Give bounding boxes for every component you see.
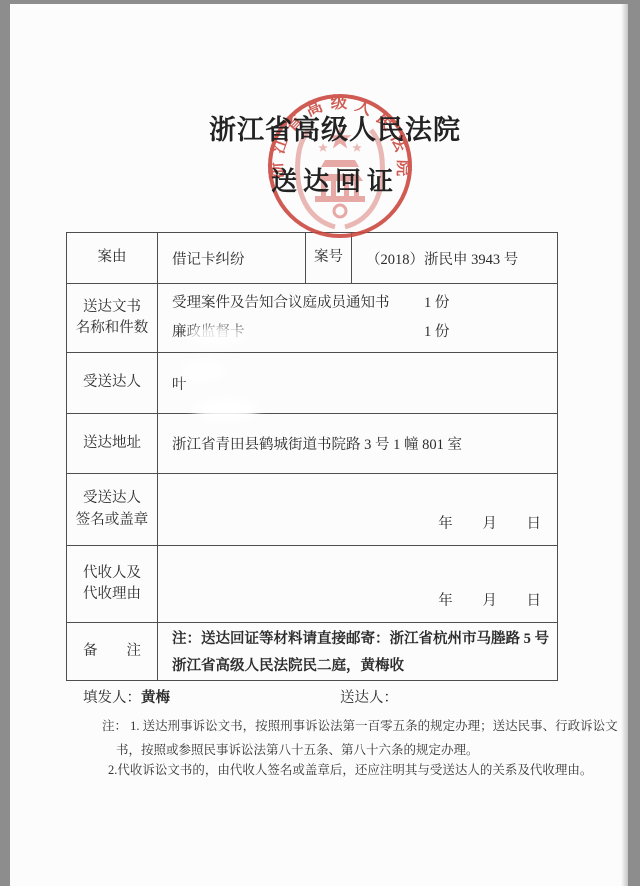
agent-label: 代收人及 代收理由: [67, 546, 158, 623]
agent-label-line2: 代收理由: [67, 584, 157, 605]
issuer-name: 黄梅: [141, 690, 170, 706]
document-count: 1 份: [424, 289, 551, 318]
address-label: 送达地址: [67, 414, 158, 474]
address-value: 浙江省青田县鹤城街道书院路 3 号 1 幢 801 室: [158, 414, 558, 474]
agent-label-line1: 代收人及: [67, 563, 157, 584]
remarks-value: 注：送达回证等材料请直接邮寄：浙江省杭州市马塍路 5 号 浙江省高级人民法院民二…: [158, 623, 558, 681]
recipient-label: 受送达人: [67, 353, 158, 414]
court-name-title: 浙江省高级人民法院: [26, 108, 640, 147]
remarks-line1: 注：送达回证等材料请直接邮寄：浙江省杭州市马塍路 5 号: [172, 626, 551, 653]
case-number-label: 案号: [306, 233, 352, 284]
month-label: 月: [482, 516, 497, 532]
document-title: 送达回证: [26, 161, 640, 198]
day-label: 日: [527, 593, 542, 609]
table-row-documents: 送达文书 名称和件数 受理案件及告知合议庭成员通知书 1 份 廉政监督卡 1 份: [67, 284, 558, 353]
table-row-remarks: 备 注 注：送达回证等材料请直接邮寄：浙江省杭州市马塍路 5 号 浙江省高级人民…: [67, 623, 558, 681]
document-item: 廉政监督卡 1 份: [172, 318, 551, 347]
server-label: 送达人：: [340, 690, 398, 706]
month-label: 月: [482, 593, 497, 609]
documents-value: 受理案件及告知合议庭成员通知书 1 份 廉政监督卡 1 份: [158, 284, 558, 353]
document-header: 浙江省高级人民法院 送达回证: [26, 108, 640, 198]
documents-label-line1: 送达文书: [67, 297, 157, 318]
table-row-case: 案由 借记卡纠纷 案号 （2018）浙民申 3943 号: [67, 233, 558, 284]
documents-label: 送达文书 名称和件数: [67, 284, 158, 353]
remarks-label-left: 备: [83, 641, 98, 662]
document-count: 1 份: [424, 318, 551, 347]
signature-label-line2: 签名或盖章: [67, 510, 157, 531]
signature-date-stub: 年 月 日: [438, 512, 541, 533]
recipient-value: 叶: [158, 353, 558, 414]
document-name: 廉政监督卡: [172, 318, 424, 347]
signature-label-line1: 受送达人: [67, 488, 157, 509]
year-label: 年: [438, 593, 453, 609]
agent-date-stub: 年 月 日: [438, 589, 541, 610]
remarks-line2: 浙江省高级人民法院民二庭，黄梅收: [172, 653, 551, 680]
signature-area: 年 月 日: [158, 474, 558, 546]
table-row-agent: 代收人及 代收理由 年 月 日: [67, 546, 558, 623]
case-number-value: （2018）浙民申 3943 号: [352, 233, 558, 284]
paper-sheet: 浙江省高级人民法院 浙江省高级人民法院: [10, 4, 628, 886]
table-row-address: 送达地址 浙江省青田县鹤城街道书院路 3 号 1 幢 801 室: [67, 414, 558, 474]
day-label: 日: [527, 516, 542, 532]
document-item: 受理案件及告知合议庭成员通知书 1 份: [172, 289, 551, 318]
issuer-field: 填发人：黄梅: [83, 686, 170, 707]
footnote-line2: 书，按照或参照民事诉讼法第八十五条、第八十六条的规定办理。: [10, 740, 628, 758]
scanned-document: 浙江省高级人民法院 浙江省高级人民法院: [0, 0, 640, 886]
signature-label: 受送达人 签名或盖章: [67, 474, 158, 546]
footnote-line3: 2.代收诉讼文书的，由代收人签名或盖章后，还应注明其与受送达人的关系及代收理由。: [10, 760, 628, 778]
remarks-label: 备 注: [67, 623, 158, 681]
agent-area: 年 月 日: [158, 546, 558, 623]
case-cause-label: 案由: [67, 233, 158, 284]
service-receipt-table: 案由 借记卡纠纷 案号 （2018）浙民申 3943 号 送达文书 名称和件数 …: [66, 232, 558, 681]
remarks-label-right: 注: [127, 641, 142, 662]
footnotes: 注： 1. 送达刑事诉讼文书，按照刑事诉讼法第一百零五条的规定办理；送达民事、行…: [10, 716, 628, 778]
documents-label-line2: 名称和件数: [67, 318, 157, 339]
case-cause-value: 借记卡纠纷: [158, 233, 306, 284]
issuer-label: 填发人：: [83, 690, 141, 706]
document-name: 受理案件及告知合议庭成员通知书: [172, 289, 424, 318]
footnote-line1: 注： 1. 送达刑事诉讼文书，按照刑事诉讼法第一百零五条的规定办理；送达民事、行…: [10, 716, 628, 734]
server-field: 送达人：: [340, 686, 398, 707]
table-row-signature: 受送达人 签名或盖章 年 月 日: [67, 474, 558, 546]
table-row-recipient: 受送达人 叶: [67, 353, 558, 414]
year-label: 年: [438, 516, 453, 532]
